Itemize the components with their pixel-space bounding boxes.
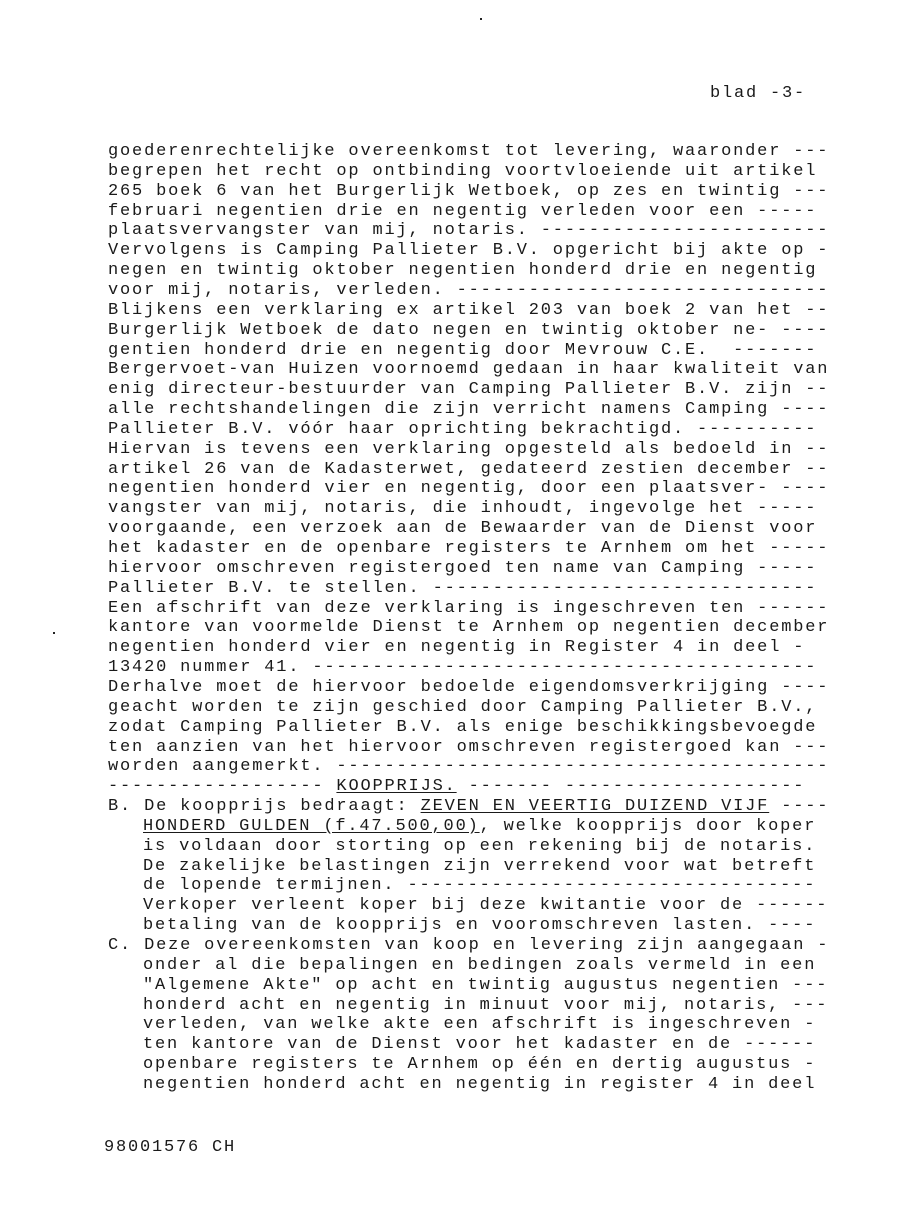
text-line: Derhalve moet de hiervoor bedoelde eigen…: [108, 678, 829, 698]
text-line: de lopende termijnen. ------------------…: [143, 876, 816, 896]
line-text: ------- --------------------: [457, 777, 806, 796]
document-page: blad -3- goederenrechtelijke overeenkoms…: [0, 0, 900, 1226]
line-text: goederenrechtelijke overeenkomst tot lev…: [108, 142, 829, 161]
text-line: februari negentien drie en negentig verl…: [108, 202, 817, 222]
text-line: goederenrechtelijke overeenkomst tot lev…: [108, 142, 829, 162]
line-text: ten kantore van de Dienst voor het kadas…: [143, 1035, 816, 1054]
line-text: ----: [769, 797, 829, 816]
line-text: worden aangemerkt. ---------------------…: [108, 757, 829, 776]
text-line: 13420 nummer 41. -----------------------…: [108, 658, 817, 678]
line-text: Verkoper verleent koper bij deze kwitant…: [143, 896, 828, 915]
text-line: betaling van de koopprijs en vooromschre…: [143, 916, 816, 936]
text-line: Burgerlijk Wetboek de dato negen en twin…: [108, 321, 829, 341]
text-line: B. De koopprijs bedraagt: ZEVEN EN VEERT…: [108, 797, 829, 817]
line-text: alle rechtshandelingen die zijn verricht…: [108, 400, 829, 419]
line-text: gentien honderd drie en negentig door Me…: [108, 341, 817, 360]
text-line: hiervoor omschreven registergoed ten nam…: [108, 559, 817, 579]
text-line: 265 boek 6 van het Burgerlijk Wetboek, o…: [108, 182, 829, 202]
line-text: is voldaan door storting op een rekening…: [143, 837, 816, 856]
text-line: negentien honderd vier en negentig in Re…: [108, 638, 805, 658]
text-line: ------------------ KOOPPRIJS. ------- --…: [108, 777, 805, 797]
text-line: ten aanzien van het hiervoor omschreven …: [108, 738, 829, 758]
text-line: plaatsvervangster van mij, notaris. ----…: [108, 221, 829, 241]
line-text: het kadaster en de openbare registers te…: [108, 539, 829, 558]
text-line: zodat Camping Pallieter B.V. als enige b…: [108, 718, 817, 738]
line-text: negentien honderd vier en negentig, door…: [108, 479, 829, 498]
line-text: februari negentien drie en negentig verl…: [108, 202, 817, 221]
line-text: honderd acht en negentig in minuut voor …: [143, 996, 828, 1015]
text-line: C. Deze overeenkomsten van koop en lever…: [108, 936, 829, 956]
scan-speck: [480, 18, 482, 20]
line-text: zodat Camping Pallieter B.V. als enige b…: [108, 718, 817, 737]
line-text: voor mij, notaris, verleden. -----------…: [108, 281, 829, 300]
text-line: vangster van mij, notaris, die inhoudt, …: [108, 499, 817, 519]
text-line: worden aangemerkt. ---------------------…: [108, 757, 829, 777]
line-text: C. Deze overeenkomsten van koop en lever…: [108, 936, 829, 955]
line-text: Blijkens een verklaring ex artikel 203 v…: [108, 301, 829, 320]
text-line: honderd acht en negentig in minuut voor …: [143, 996, 828, 1016]
text-line: Hiervan is tevens een verklaring opgeste…: [108, 440, 829, 460]
line-text: 13420 nummer 41. -----------------------…: [108, 658, 817, 677]
line-text: enig directeur-bestuurder van Camping Pa…: [108, 380, 829, 399]
text-line: begrepen het recht op ontbinding voortvl…: [108, 162, 817, 182]
underlined-text: HONDERD GULDEN (f.47.500,00): [143, 817, 480, 836]
text-line: negentien honderd acht en negentig in re…: [143, 1075, 816, 1095]
line-text: betaling van de koopprijs en vooromschre…: [143, 916, 816, 935]
text-line: geacht worden te zijn geschied door Camp…: [108, 698, 817, 718]
text-line: De zakelijke belastingen zijn verrekend …: [143, 857, 816, 877]
text-line: Verkoper verleent koper bij deze kwitant…: [143, 896, 828, 916]
line-text: 265 boek 6 van het Burgerlijk Wetboek, o…: [108, 182, 829, 201]
text-line: Bergervoet-van Huizen voornoemd gedaan i…: [108, 360, 829, 380]
line-text: B. De koopprijs bedraagt:: [108, 797, 421, 816]
document-reference-code: 98001576 CH: [104, 1138, 236, 1158]
text-line: negen en twintig oktober negentien honde…: [108, 261, 817, 281]
line-text: Vervolgens is Camping Pallieter B.V. opg…: [108, 241, 829, 260]
line-text: Bergervoet-van Huizen voornoemd gedaan i…: [108, 360, 829, 379]
text-line: voorgaande, een verzoek aan de Bewaarder…: [108, 519, 817, 539]
text-line: voor mij, notaris, verleden. -----------…: [108, 281, 829, 301]
page-number: blad -3-: [710, 84, 806, 104]
line-text: Pallieter B.V. vóór haar oprichting bekr…: [108, 420, 817, 439]
text-line: negentien honderd vier en negentig, door…: [108, 479, 829, 499]
text-line: Pallieter B.V. vóór haar oprichting bekr…: [108, 420, 817, 440]
text-line: kantore van voormelde Dienst te Arnhem o…: [108, 618, 829, 638]
line-text: artikel 26 van de Kadasterwet, gedateerd…: [108, 460, 829, 479]
line-text: , welke koopprijs door koper: [480, 817, 817, 836]
line-text: Hiervan is tevens een verklaring opgeste…: [108, 440, 829, 459]
underlined-text: KOOPPRIJS.: [336, 777, 456, 796]
line-text: Burgerlijk Wetboek de dato negen en twin…: [108, 321, 829, 340]
scan-speck: [53, 632, 55, 634]
text-line: Vervolgens is Camping Pallieter B.V. opg…: [108, 241, 829, 261]
line-text: begrepen het recht op ontbinding voortvl…: [108, 162, 817, 181]
text-line: "Algemene Akte" op acht en twintig augus…: [143, 976, 828, 996]
text-line: HONDERD GULDEN (f.47.500,00), welke koop…: [143, 817, 816, 837]
line-text: "Algemene Akte" op acht en twintig augus…: [143, 976, 828, 995]
line-text: geacht worden te zijn geschied door Camp…: [108, 698, 817, 717]
line-text: negentien honderd vier en negentig in Re…: [108, 638, 805, 657]
text-line: het kadaster en de openbare registers te…: [108, 539, 829, 559]
line-text: voorgaande, een verzoek aan de Bewaarder…: [108, 519, 817, 538]
line-text: Pallieter B.V. te stellen. -------------…: [108, 579, 817, 598]
line-text: hiervoor omschreven registergoed ten nam…: [108, 559, 817, 578]
text-line: enig directeur-bestuurder van Camping Pa…: [108, 380, 829, 400]
text-line: gentien honderd drie en negentig door Me…: [108, 341, 817, 361]
line-text: kantore van voormelde Dienst te Arnhem o…: [108, 618, 829, 637]
line-text: openbare registers te Arnhem op één en d…: [143, 1055, 816, 1074]
text-line: is voldaan door storting op een rekening…: [143, 837, 816, 857]
text-line: verleden, van welke akte een afschrift i…: [143, 1015, 816, 1035]
line-text: onder al die bepalingen en bedingen zoal…: [143, 956, 816, 975]
text-line: onder al die bepalingen en bedingen zoal…: [143, 956, 816, 976]
underlined-text: ZEVEN EN VEERTIG DUIZEND VIJF: [421, 797, 770, 816]
text-line: Pallieter B.V. te stellen. -------------…: [108, 579, 817, 599]
text-line: openbare registers te Arnhem op één en d…: [143, 1055, 816, 1075]
line-text: verleden, van welke akte een afschrift i…: [143, 1015, 816, 1034]
line-text: negentien honderd acht en negentig in re…: [143, 1075, 816, 1094]
line-text: Een afschrift van deze verklaring is ing…: [108, 599, 829, 618]
line-text: negen en twintig oktober negentien honde…: [108, 261, 817, 280]
line-text: De zakelijke belastingen zijn verrekend …: [143, 857, 816, 876]
text-line: artikel 26 van de Kadasterwet, gedateerd…: [108, 460, 829, 480]
line-text: plaatsvervangster van mij, notaris. ----…: [108, 221, 829, 240]
text-line: ten kantore van de Dienst voor het kadas…: [143, 1035, 816, 1055]
line-text: ------------------: [108, 777, 336, 796]
line-text: de lopende termijnen. ------------------…: [143, 876, 816, 895]
line-text: ten aanzien van het hiervoor omschreven …: [108, 738, 829, 757]
text-line: Blijkens een verklaring ex artikel 203 v…: [108, 301, 829, 321]
text-line: Een afschrift van deze verklaring is ing…: [108, 599, 829, 619]
text-line: alle rechtshandelingen die zijn verricht…: [108, 400, 829, 420]
line-text: vangster van mij, notaris, die inhoudt, …: [108, 499, 817, 518]
line-text: Derhalve moet de hiervoor bedoelde eigen…: [108, 678, 829, 697]
